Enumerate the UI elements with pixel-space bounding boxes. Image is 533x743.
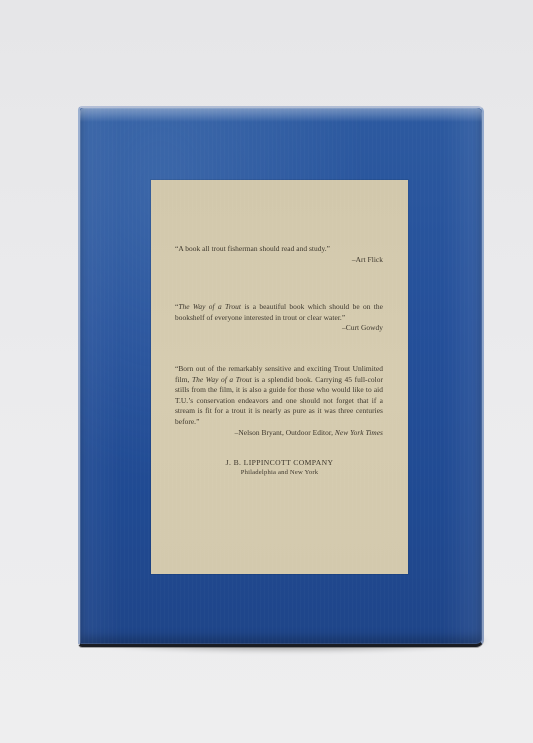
attribution-name: –Nelson Bryant, Outdoor Editor, (235, 428, 335, 437)
quote-text: “A book all trout fisherman should read … (175, 244, 330, 253)
publisher-name: J. B. LIPPINCOTT COMPANY (151, 457, 408, 468)
review-quote-nelson-bryant: “Born out of the remarkably sensitive an… (175, 364, 383, 438)
jacket-glare (80, 108, 482, 122)
attribution-publication: New York Times (335, 428, 383, 437)
review-quote-curt-gowdy: “The Way of a Trout is a beautiful book … (175, 302, 383, 334)
publisher-block: J. B. LIPPINCOTT COMPANY Philadelphia an… (151, 457, 408, 478)
quote-attribution: –Art Flick (175, 255, 383, 266)
book-back-cover: “A book all trout fisherman should read … (78, 106, 484, 647)
review-quote-art-flick: “A book all trout fisherman should read … (175, 244, 383, 265)
book-title: The Way of a Trout (178, 302, 241, 311)
quote-attribution: –Curt Gowdy (175, 323, 383, 334)
book-title: The Way of a Trout (192, 375, 252, 384)
quote-attribution: –Nelson Bryant, Outdoor Editor, New York… (175, 428, 383, 439)
cover-label-panel: “A book all trout fisherman should read … (151, 180, 408, 574)
publisher-location: Philadelphia and New York (151, 468, 408, 478)
